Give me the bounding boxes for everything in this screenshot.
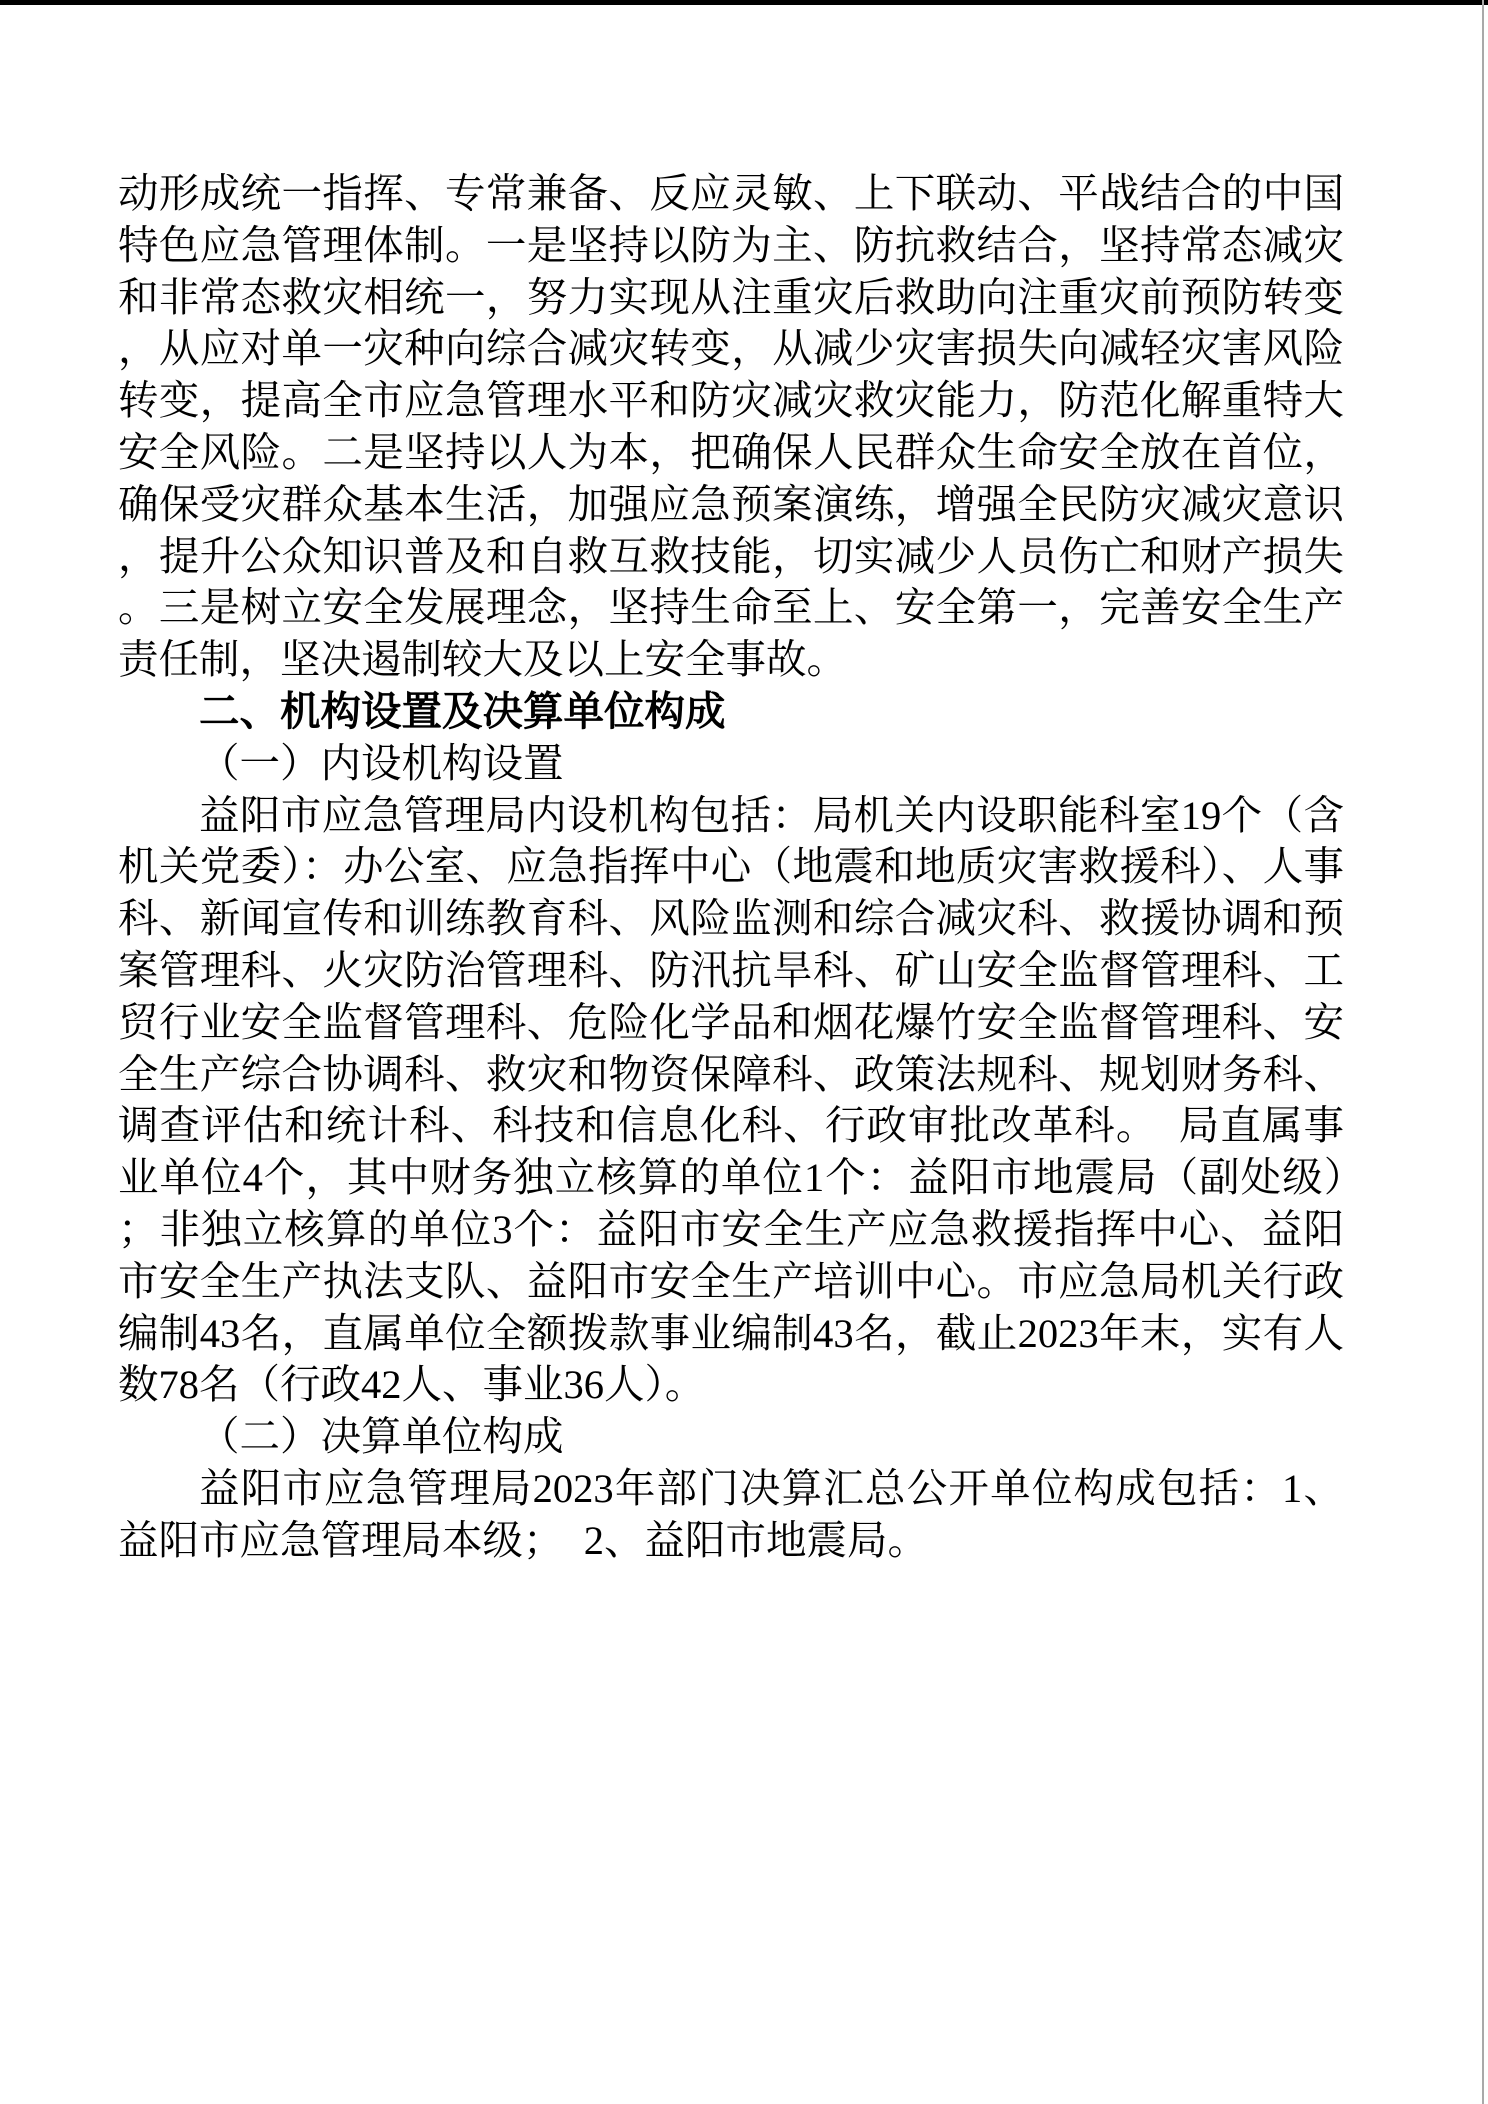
subsection-title-internal-org: （一）内设机构设置	[118, 738, 1344, 790]
section-heading-org-setup: 二、机构设置及决算单位构成	[118, 686, 1344, 738]
document-body: 动形成统一指挥、专常兼备、反应灵敏、上下联动、平战结合的中国特色应急管理体制。一…	[118, 168, 1344, 1567]
paragraph-policy-continuation: 动形成统一指挥、专常兼备、反应灵敏、上下联动、平战结合的中国特色应急管理体制。一…	[118, 168, 1344, 686]
paragraph-unit-composition: 益阳市应急管理局2023年部门决算汇总公开单位构成包括：1、益阳市应急管理局本级…	[118, 1463, 1344, 1567]
page-top-border	[0, 0, 1488, 5]
document-page: 动形成统一指挥、专常兼备、反应灵敏、上下联动、平战结合的中国特色应急管理体制。一…	[0, 0, 1488, 2104]
subsection-title-unit-composition: （二）决算单位构成	[118, 1411, 1344, 1463]
page-right-edge-line	[1482, 0, 1484, 2104]
paragraph-internal-org: 益阳市应急管理局内设机构包括：局机关内设职能科室19个（含机关党委）：办公室、应…	[118, 790, 1344, 1412]
